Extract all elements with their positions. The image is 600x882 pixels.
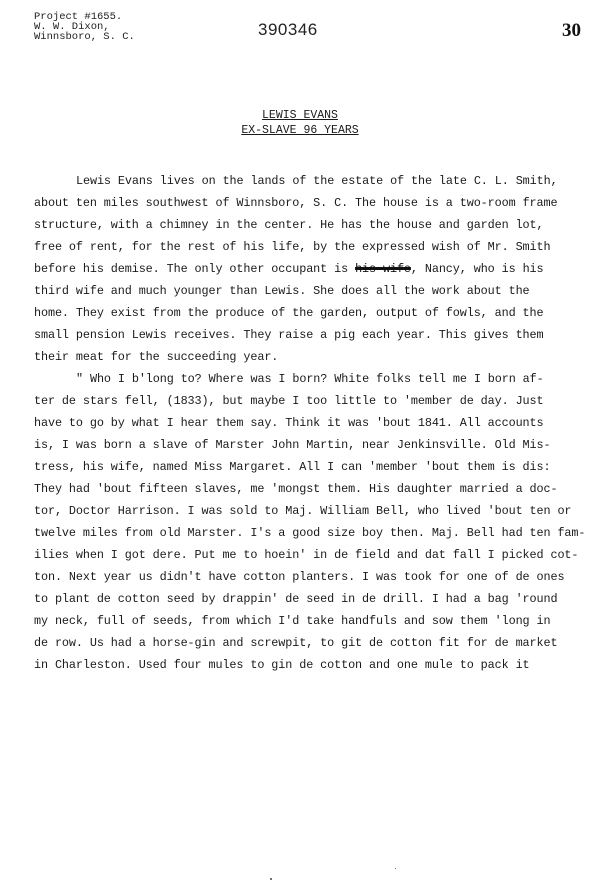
- text-line: have to go by what I hear them say. Thin…: [34, 412, 574, 434]
- text-line: " Who I b'long to? Where was I born? Whi…: [34, 368, 574, 390]
- text-line: tress, his wife, named Miss Margaret. Al…: [34, 456, 574, 478]
- text-line: ter de stars fell, (1833), but maybe I t…: [34, 390, 574, 412]
- text-line: twelve miles from old Marster. I's a goo…: [34, 522, 574, 544]
- text-line: ilies when I got dere. Put me to hoein' …: [34, 544, 574, 566]
- text-line: third wife and much younger than Lewis. …: [34, 280, 574, 302]
- archive-stamp-number: 390346: [258, 20, 318, 40]
- subject-name: LEWIS EVANS: [0, 108, 600, 123]
- text-line: tor, Doctor Harrison. I was sold to Maj.…: [34, 500, 574, 522]
- text-line: their meat for the succeeding year.: [34, 346, 574, 368]
- text-line: free of rent, for the rest of his life, …: [34, 236, 574, 258]
- text-line: in Charleston. Used four mules to gin de…: [34, 654, 574, 676]
- text-line: de row. Us had a horse-gin and screwpit,…: [34, 632, 574, 654]
- scan-speck: [395, 868, 396, 869]
- text-line: ton. Next year us didn't have cotton pla…: [34, 566, 574, 588]
- text-line: to plant de cotton seed by drappin' de s…: [34, 588, 574, 610]
- text-fragment: before his demise. The only other occupa…: [34, 262, 355, 276]
- scan-speck: [270, 878, 272, 880]
- document-title: LEWIS EVANS EX-SLAVE 96 YEARS: [0, 108, 600, 138]
- text-fragment: , Nancy, who is his: [411, 262, 544, 276]
- author-location: Winnsboro, S. C.: [34, 32, 135, 42]
- text-line: about ten miles southwest of Winnsboro, …: [34, 192, 574, 214]
- text-line: Lewis Evans lives on the lands of the es…: [34, 170, 574, 192]
- text-line: They had 'bout fifteen slaves, me 'mongs…: [34, 478, 574, 500]
- document-body: Lewis Evans lives on the lands of the es…: [34, 170, 574, 676]
- project-header: Project #1655. W. W. Dixon, Winnsboro, S…: [34, 12, 135, 42]
- struck-text: his wife: [355, 262, 411, 276]
- text-line: structure, with a chimney in the center.…: [34, 214, 574, 236]
- text-line: before his demise. The only other occupa…: [34, 258, 574, 280]
- text-line: home. They exist from the produce of the…: [34, 302, 574, 324]
- text-line: my neck, full of seeds, from which I'd t…: [34, 610, 574, 632]
- text-line: small pension Lewis receives. They raise…: [34, 324, 574, 346]
- text-line: is, I was born a slave of Marster John M…: [34, 434, 574, 456]
- page-number: 30: [562, 20, 581, 42]
- subject-subtitle: EX-SLAVE 96 YEARS: [0, 123, 600, 138]
